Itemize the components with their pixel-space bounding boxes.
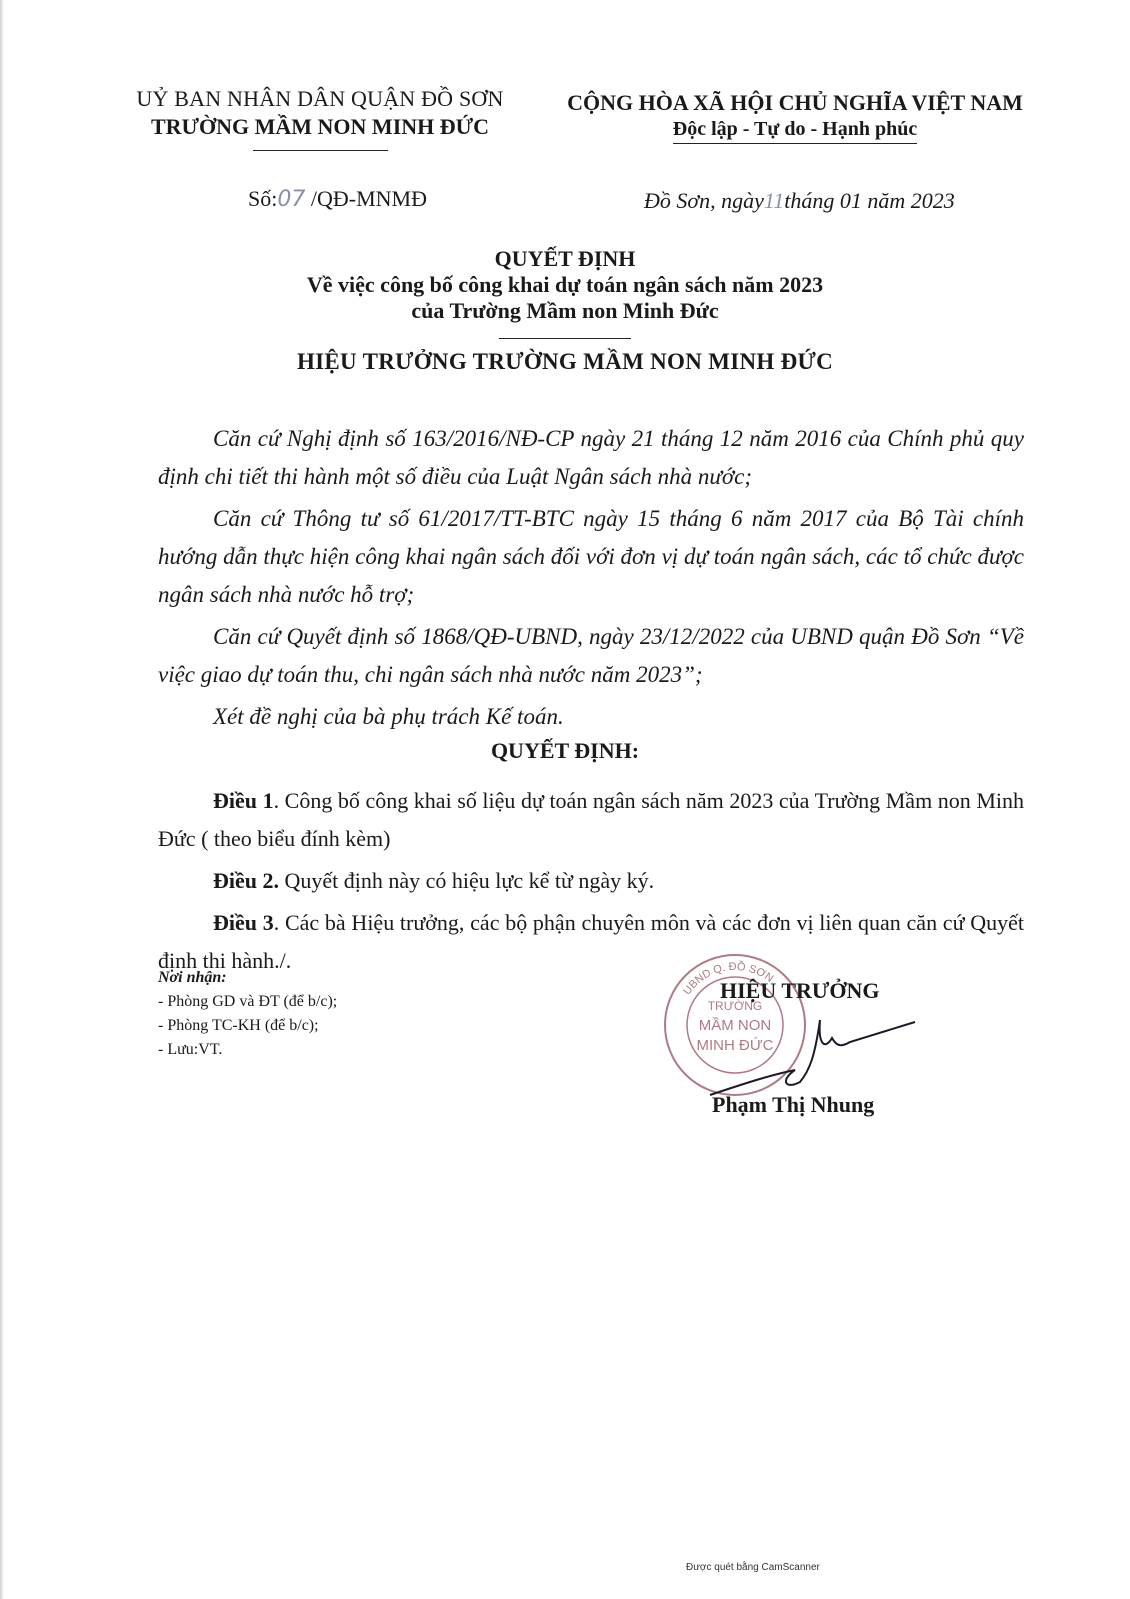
preamble-item: Xét đề nghị của bà phụ trách Kế toán. [158, 698, 1024, 736]
doc-number-suffix: /QĐ-MNMĐ [311, 186, 427, 211]
date-suffix: tháng 01 năm 2023 [784, 188, 955, 213]
preamble-item: Căn cứ Nghị định số 163/2016/NĐ-CP ngày … [158, 420, 1024, 496]
scanner-watermark: Được quét bằng CamScanner [686, 1562, 820, 1573]
scan-edge-shadow [0, 0, 4, 1599]
subject-line-2: của Trường Mầm non Minh Đức [0, 298, 1130, 324]
recipient-item: - Phòng GD và ĐT (để b/c); [158, 990, 337, 1014]
articles: Điều 1. Công bố công khai số liệu dự toá… [158, 782, 1024, 984]
issuing-authority: HIỆU TRƯỞNG TRƯỜNG MẦM NON MINH ĐỨC [0, 349, 1130, 375]
preamble-item: Căn cứ Thông tư số 61/2017/TT-BTC ngày 1… [158, 500, 1024, 614]
article-label: Điều 3 [213, 910, 274, 935]
signer-name: Phạm Thị Nhung [712, 1092, 874, 1118]
national-header: CỘNG HÒA XÃ HỘI CHỦ NGHĨA VIỆT NAM Độc l… [540, 90, 1050, 144]
header-divider [253, 150, 388, 151]
article-2: Điều 2. Quyết định này có hiệu lực kể từ… [158, 862, 1024, 900]
article-label: Điều 1 [213, 788, 274, 813]
country-line: CỘNG HÒA XÃ HỘI CHỦ NGHĨA VIỆT NAM [540, 90, 1050, 116]
school-line: TRƯỜNG MẦM NON MINH ĐỨC [110, 114, 530, 140]
preamble: Căn cứ Nghị định số 163/2016/NĐ-CP ngày … [158, 420, 1024, 740]
recipient-item: - Phòng TC-KH (để b/c); [158, 1014, 337, 1038]
issue-date: Đồ Sơn, ngày11tháng 01 năm 2023 [644, 188, 955, 214]
article-text: . Các bà Hiệu trưởng, các bộ phận chuyên… [158, 910, 1024, 973]
title-divider [499, 338, 631, 339]
doc-number-prefix: Số: [248, 186, 277, 211]
recipients-heading: Nơi nhận: [158, 966, 337, 990]
signature-icon [700, 1000, 920, 1100]
document-title: QUYẾT ĐỊNH Về việc công bố công khai dự … [0, 246, 1130, 375]
recipients: Nơi nhận: - Phòng GD và ĐT (để b/c); - P… [158, 966, 337, 1062]
recipient-item: - Lưu:VT. [158, 1038, 337, 1062]
agency-line: UỶ BAN NHÂN DÂN QUẬN ĐỒ SƠN [110, 86, 530, 112]
article-text: . Công bố công khai số liệu dự toán ngân… [158, 788, 1024, 851]
subject-line-1: Về việc công bố công khai dự toán ngân s… [0, 272, 1130, 298]
article-1: Điều 1. Công bố công khai số liệu dự toá… [158, 782, 1024, 858]
article-label: Điều 2. [213, 868, 279, 893]
preamble-item: Căn cứ Quyết định số 1868/QĐ-UBND, ngày … [158, 618, 1024, 694]
doc-type: QUYẾT ĐỊNH [0, 246, 1130, 272]
issuer-header: UỶ BAN NHÂN DÂN QUẬN ĐỒ SƠN TRƯỜNG MẦM N… [110, 86, 530, 151]
date-day-handwritten: 11 [764, 188, 784, 213]
motto-line: Độc lập - Tự do - Hạnh phúc [673, 118, 917, 144]
document-number: Số:07 /QĐ-MNMĐ [248, 186, 427, 212]
decision-heading: QUYẾT ĐỊNH: [0, 738, 1130, 764]
doc-number-handwritten: 07 [277, 187, 305, 212]
article-text: Quyết định này có hiệu lực kể từ ngày ký… [279, 868, 654, 893]
date-prefix: Đồ Sơn, ngày [644, 188, 764, 213]
